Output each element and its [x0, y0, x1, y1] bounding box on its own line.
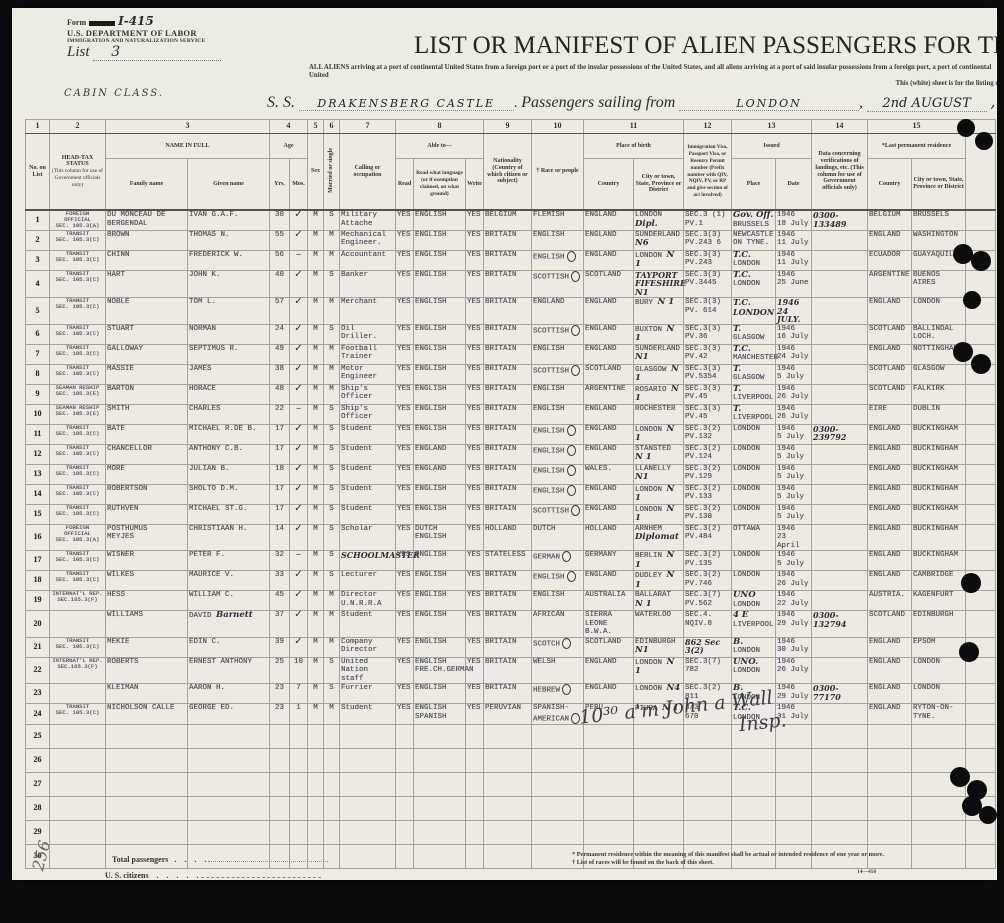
cell-write: YES — [466, 344, 484, 364]
sailing-label: Passengers sailing from — [521, 94, 675, 111]
header-issued: Issued — [732, 134, 812, 159]
column-number-row: 1 2 3 4 5 6 7 8 9 10 11 12 13 14 15 — [26, 120, 996, 134]
cell-margin — [966, 504, 996, 524]
manifest-sheet: FormI-415 U.S. DEPARTMENT OF LABOR IMMIG… — [12, 8, 997, 880]
table-row: 6TRANSITSEC. 105.3(C)STUARTNORMAN24✓MSOi… — [26, 324, 996, 344]
list-label: List — [67, 44, 90, 60]
punch-hole — [953, 342, 973, 362]
cell-age-mos: ✓ — [290, 424, 308, 444]
col-num-11: 11 — [584, 120, 684, 134]
table-row: 18TRANSITSEC. 105.3(C)WILKESMAURICE V.33… — [26, 571, 996, 591]
cell-birth-country: SCOTLAND — [584, 270, 634, 298]
cell-write: YES — [466, 591, 484, 611]
cell-birth-city: ROSARIO N 1 — [634, 384, 684, 404]
cell-issued-date — [776, 820, 812, 844]
cell-issued-date: 19465 July — [776, 364, 812, 384]
punch-hole — [979, 806, 997, 824]
cell-race: ENGLAND — [532, 298, 584, 325]
cell-sex: M — [308, 591, 324, 611]
cell-residence-city: GLASGOW — [912, 364, 966, 384]
cell-race: FLEMISH — [532, 210, 584, 230]
cell-verification — [812, 444, 868, 464]
cell-married-single — [324, 820, 340, 844]
cell-nationality — [484, 820, 532, 844]
table-row: 3TRANSITSEC. 105.3(C)CHINNFREDERICK W.56… — [26, 250, 996, 270]
cell-nationality: BRITAIN — [484, 684, 532, 704]
cell-birth-city — [634, 796, 684, 820]
cell-verification — [812, 571, 868, 591]
cell-read: YES — [396, 324, 414, 344]
cell-verification — [812, 796, 868, 820]
cell-row-number: 1 — [26, 210, 50, 230]
table-row: 8TRANSITSEC. 105.3(C)MASSIEJAMES38✓MMMot… — [26, 364, 996, 384]
cell-issued-place: LONDON — [732, 424, 776, 444]
cell-write: YES — [466, 210, 484, 230]
cell-issued-date: 194618 July — [776, 210, 812, 230]
cell-married-single — [324, 796, 340, 820]
cell-age-yrs: 33 — [270, 571, 290, 591]
cell-residence-city: BRUSSELS — [912, 210, 966, 230]
cell-row-number: 9 — [26, 384, 50, 404]
header-name-in-full: NAME IN FULL — [106, 134, 270, 159]
cell-write: YES — [466, 424, 484, 444]
cell-age-mos — [290, 772, 308, 796]
cell-language: ENGLISH — [414, 298, 466, 325]
cell-sex: M — [308, 250, 324, 270]
cell-row-number: 15 — [26, 504, 50, 524]
cell-family-name: BROWN — [106, 230, 188, 250]
cell-issued-date — [776, 796, 812, 820]
cell-issued-date: 194623 April — [776, 524, 812, 551]
cell-language — [414, 844, 466, 868]
cell-residence-country: ENGLAND — [868, 571, 912, 591]
cell-issued-place: T.C. LONDON — [732, 298, 776, 325]
cell-write: YES — [466, 504, 484, 524]
cell-age-mos: ✓ — [290, 637, 308, 657]
header-residence-city: City or town, State, Province or Distric… — [912, 159, 966, 211]
cell-birth-country: ENGLAND — [584, 444, 634, 464]
cell-verification — [812, 298, 868, 325]
cell-family-name: KLEIMAN — [106, 684, 188, 704]
sailing-date: 2nd AUGUST — [867, 96, 987, 112]
cell-verification — [812, 404, 868, 424]
cell-verification: 0300-77170 — [812, 684, 868, 704]
cell-birth-city: BALLARAT N 1 — [634, 591, 684, 611]
cell-nationality: HOLLAND — [484, 524, 532, 551]
cell-residence-country: BELGIUM — [868, 210, 912, 230]
cell-nationality: BRITAIN — [484, 384, 532, 404]
cell-residence-city: BUCKINGHAM — [912, 524, 966, 551]
cell-age-yrs: 23 — [270, 704, 290, 725]
cell-write: YES — [466, 684, 484, 704]
cell-age-mos: – — [290, 250, 308, 270]
cell-occupation: SCHOOLMASTER — [340, 551, 396, 571]
cell-headtax-status: TRANSITSEC. 105.3(C) — [50, 250, 106, 270]
header-sex: Sex — [308, 134, 324, 211]
cell-write: YES — [466, 464, 484, 484]
table-row: 17TRANSITSEC. 105.3(C)WISNERPETER F.32–M… — [26, 551, 996, 571]
cell-margin — [966, 611, 996, 638]
cell-sex — [308, 820, 324, 844]
cell-family-name: DU MONCEAU DEBERGENDAL — [106, 210, 188, 230]
table-row: 21TRANSITSEC. 105.3(C)MEKIEEDIN C.39✓MMC… — [26, 637, 996, 657]
cell-nationality — [484, 772, 532, 796]
cell-birth-country: SIERRALEONE B.W.A. — [584, 611, 634, 638]
cell-occupation: DirectorU.N.R.R.A — [340, 591, 396, 611]
cell-write — [466, 820, 484, 844]
cell-residence-country: SCOTLAND — [868, 364, 912, 384]
cell-issued-date: 194624 JULY. — [776, 298, 812, 325]
cell-margin — [966, 464, 996, 484]
header-mos: Mos. — [290, 159, 308, 211]
cell-given-name — [188, 796, 270, 820]
cell-given-name: IVAN G.A.F. — [188, 210, 270, 230]
cell-issued-date: 194626 July — [776, 404, 812, 424]
cell-residence-country: ENGLAND — [868, 657, 912, 684]
cell-visa-number: SEC.3(3)PV.5354 — [684, 364, 732, 384]
cell-language: ENGLAND — [414, 444, 466, 464]
cell-row-number: 20 — [26, 611, 50, 638]
total-passengers-label: Total passengers . . . . — [112, 855, 206, 864]
cell-headtax-status: SEAMAN RESHIPSEC. 105.3(E) — [50, 404, 106, 424]
cell-headtax-status — [50, 772, 106, 796]
cell-birth-country: ENGLAND — [584, 684, 634, 704]
cell-family-name — [106, 796, 188, 820]
cell-row-number: 10 — [26, 404, 50, 424]
cell-read: YES — [396, 524, 414, 551]
cell-age-mos: ✓ — [290, 444, 308, 464]
cell-headtax-status: TRANSITSEC. 105.3(C) — [50, 571, 106, 591]
cell-read: YES — [396, 657, 414, 684]
cell-family-name: WILLIAMS — [106, 611, 188, 638]
col-num-5: 5 — [308, 120, 324, 134]
cell-age-mos: – — [290, 551, 308, 571]
cell-visa-number: SEC.3 (1)PV.1 — [684, 210, 732, 230]
cell-birth-country — [584, 820, 634, 844]
cell-family-name: STUART — [106, 324, 188, 344]
punch-hole — [971, 251, 991, 271]
cell-row-number: 17 — [26, 551, 50, 571]
cell-nationality: BRITAIN — [484, 571, 532, 591]
cell-read: YES — [396, 464, 414, 484]
cell-family-name: WISNER — [106, 551, 188, 571]
cell-race: SCOTTISH — [532, 324, 584, 344]
cell-visa-number — [684, 748, 732, 772]
cell-age-yrs: 40 — [270, 270, 290, 298]
cell-occupation: Student — [340, 484, 396, 504]
cell-age-mos: ✓ — [290, 384, 308, 404]
cell-read: YES — [396, 424, 414, 444]
cell-age-mos — [290, 724, 308, 748]
cell-headtax-status: TRANSITSEC. 105.3(C) — [50, 424, 106, 444]
cell-occupation: Student — [340, 464, 396, 484]
table-row: 26 — [26, 748, 996, 772]
cell-verification — [812, 230, 868, 250]
cell-residence-country: ENGLAND — [868, 524, 912, 551]
header-birth-country: Country — [584, 159, 634, 211]
header-last-residence: *Last permanent residence — [868, 134, 966, 159]
cell-issued-date: 19465 July — [776, 484, 812, 504]
cell-issued-date: 194611 July — [776, 250, 812, 270]
cell-headtax-status: TRANSITSEC. 105.3(C) — [50, 504, 106, 524]
cell-residence-country — [868, 820, 912, 844]
cell-write: YES — [466, 611, 484, 638]
punch-hole — [957, 119, 975, 137]
cell-residence-city — [912, 724, 966, 748]
page-title: LIST OR MANIFEST OF ALIEN PASSENGERS FOR… — [414, 32, 997, 60]
cell-visa-number: SEC.3(2)PV.130 — [684, 504, 732, 524]
cell-residence-country: ENGLAND — [868, 684, 912, 704]
cell-sex: M — [308, 657, 324, 684]
cell-issued-date: 19465 July — [776, 464, 812, 484]
pencil-circle-mark — [571, 271, 580, 282]
cell-birth-country: ARGENTINE — [584, 384, 634, 404]
cell-occupation: Student — [340, 611, 396, 638]
header-group-row: No. on List HEAD-TAX STATUS(This column … — [26, 134, 996, 159]
cell-issued-place: T. GLASGOW — [732, 364, 776, 384]
headtax-title: HEAD-TAX STATUS — [51, 155, 104, 169]
form-number: I-415 — [118, 14, 154, 28]
cell-birth-city: LONDON N 1 — [634, 424, 684, 444]
cell-row-number: 19 — [26, 591, 50, 611]
cell-birth-country: HOLLAND — [584, 524, 634, 551]
agency-name: U.S. DEPARTMENT OF LABOR — [67, 28, 205, 38]
cell-given-name — [188, 724, 270, 748]
cell-residence-city: BUCKINGHAM — [912, 551, 966, 571]
cell-occupation: UnitedNation staff — [340, 657, 396, 684]
us-citizens-label: U. S. citizens . . . . . — [105, 871, 199, 880]
cell-headtax-status: FOREIGN OFFICIALSEC. 105.3(A) — [50, 210, 106, 230]
cell-race: ENGLISH — [532, 464, 584, 484]
pencil-circle-mark — [571, 365, 580, 376]
cell-occupation — [340, 724, 396, 748]
cell-verification — [812, 772, 868, 796]
cell-given-name: MICHAEL ST.G. — [188, 504, 270, 524]
cell-issued-date: 194616 July — [776, 324, 812, 344]
cell-language: ENGLISH — [414, 364, 466, 384]
cell-given-name: GEORGE ED. — [188, 704, 270, 725]
cell-age-yrs — [270, 772, 290, 796]
cell-issued-place: T.C. LONDON — [732, 270, 776, 298]
cell-birth-city: TAYPORTFIFESHIRE N1 — [634, 270, 684, 298]
cell-write: YES — [466, 384, 484, 404]
cell-birth-city: BERLIN N 1 — [634, 551, 684, 571]
cell-family-name: POSTHUMUSMEYJES — [106, 524, 188, 551]
cell-occupation: Ship'sOfficer — [340, 404, 396, 424]
cell-visa-number: SEC.3(3)PV.45 — [684, 404, 732, 424]
punch-hole — [963, 291, 981, 309]
cell-row-number: 13 — [26, 464, 50, 484]
cell-language: ENGLISH — [414, 611, 466, 638]
cell-age-mos — [290, 796, 308, 820]
cell-occupation: Student — [340, 444, 396, 464]
header-read: Read — [396, 159, 414, 211]
subtitle-line2: This (white) sheet is for the listing of — [309, 80, 997, 88]
cell-sex: M — [308, 611, 324, 638]
cell-language: ENGLISHSPANISH — [414, 704, 466, 725]
cell-margin — [966, 684, 996, 704]
list-number: 3 — [93, 44, 221, 61]
cell-issued-place: LONDON — [732, 571, 776, 591]
cell-row-number: 8 — [26, 364, 50, 384]
cell-age-mos: ✓ — [290, 324, 308, 344]
cell-race: SCOTTISH — [532, 364, 584, 384]
cell-race: ENGLISH — [532, 444, 584, 464]
cell-birth-country: AUSTRALIA — [584, 591, 634, 611]
table-row: 28 — [26, 796, 996, 820]
cell-given-name: MAURICE V. — [188, 571, 270, 591]
cell-row-number: 2 — [26, 230, 50, 250]
cell-family-name: HESS — [106, 591, 188, 611]
cell-read: YES — [396, 704, 414, 725]
cell-issued-place: 4 E LIVERPOOL — [732, 611, 776, 638]
cell-married-single: S — [324, 684, 340, 704]
cell-read — [396, 748, 414, 772]
footnote-residence: * Permanent residence within the meaning… — [572, 851, 932, 859]
cell-sex: M — [308, 571, 324, 591]
cell-birth-country: ENGLAND — [584, 657, 634, 684]
cell-visa-number: SEC.3(2)PV.746 — [684, 571, 732, 591]
cell-age-mos: ✓ — [290, 298, 308, 325]
cell-read: YES — [396, 210, 414, 230]
cell-married-single: S — [324, 444, 340, 464]
cell-married-single: S — [324, 270, 340, 298]
cell-issued-date: 194629 July — [776, 611, 812, 638]
cell-race — [532, 820, 584, 844]
cell-issued-date: 19465 July — [776, 551, 812, 571]
cell-read: YES — [396, 230, 414, 250]
cell-sex: M — [308, 484, 324, 504]
cell-verification: 0300-239792 — [812, 424, 868, 444]
cell-family-name — [106, 724, 188, 748]
cell-age-mos: ✓ — [290, 611, 308, 638]
cell-issued-place: UNO. LONDON — [732, 657, 776, 684]
table-row: 22INTERNAT'L REP.SEC.105.3(F)ROBERTSERNE… — [26, 657, 996, 684]
punch-hole — [975, 132, 993, 150]
cell-residence-country: AUSTRIA. — [868, 591, 912, 611]
table-row: 24TRANSITSEC. 105.3(C)NICHOLSON CALLEGEO… — [26, 704, 996, 725]
cell-married-single: S — [324, 424, 340, 444]
cell-sex: M — [308, 444, 324, 464]
cell-nationality — [484, 724, 532, 748]
cell-issued-place — [732, 820, 776, 844]
cell-row-number: 25 — [26, 724, 50, 748]
cell-birth-country: ENGLAND — [584, 324, 634, 344]
cell-sex: M — [308, 684, 324, 704]
cell-visa-number: SEC.3(3)PV.3445 — [684, 270, 732, 298]
punch-hole — [959, 642, 979, 662]
cell-given-name: NORMAN — [188, 324, 270, 344]
cell-language — [414, 748, 466, 772]
cell-margin — [966, 704, 996, 725]
cell-age-yrs — [270, 748, 290, 772]
cell-family-name: CHINN — [106, 250, 188, 270]
cell-residence-city: EDINBURGH — [912, 611, 966, 638]
col-num-3: 3 — [106, 120, 270, 134]
cell-visa-number: SEC.3(7)PV.562 — [684, 591, 732, 611]
header-married-label: Married or single — [328, 148, 335, 193]
header-race: † Race or people — [532, 134, 584, 211]
cell-issued-date: 194626 July — [776, 571, 812, 591]
cell-headtax-status — [50, 820, 106, 844]
cell-occupation: FootballTrainer — [340, 344, 396, 364]
cell-read: YES — [396, 344, 414, 364]
cell-birth-country: ENGLAND — [584, 298, 634, 325]
cell-residence-country: EIRE — [868, 404, 912, 424]
cell-age-mos: ✓ — [290, 230, 308, 250]
cell-visa-number: SEC.3(3)PV. 614 — [684, 298, 732, 325]
cell-issued-date: 194624 July — [776, 344, 812, 364]
cell-row-number: 28 — [26, 796, 50, 820]
cell-read — [396, 772, 414, 796]
pencil-circle-mark — [567, 425, 576, 436]
cell-residence-city: CAMBRIDGE — [912, 571, 966, 591]
punch-hole — [971, 354, 991, 374]
cell-nationality: BRITAIN — [484, 270, 532, 298]
cell-read: YES — [396, 591, 414, 611]
cell-birth-country — [584, 772, 634, 796]
pencil-circle-mark — [567, 445, 576, 456]
cell-residence-country: ENGLAND — [868, 484, 912, 504]
ss-label: S. S. — [267, 94, 295, 111]
cell-married-single: M — [324, 298, 340, 325]
cell-verification — [812, 324, 868, 344]
cell-occupation: Banker — [340, 270, 396, 298]
cell-age-yrs: 39 — [270, 637, 290, 657]
header-no-on-list: No. on List — [26, 134, 50, 211]
cell-sex: M — [308, 364, 324, 384]
cell-birth-city: LONDON N 1 — [634, 250, 684, 270]
cell-family-name: GALLOWAY — [106, 344, 188, 364]
cell-residence-city: BUCKINGHAM — [912, 424, 966, 444]
cell-language: ENGLISH — [414, 551, 466, 571]
cell-given-name: PETER F. — [188, 551, 270, 571]
cell-row-number: 6 — [26, 324, 50, 344]
cell-language: ENGLISH — [414, 344, 466, 364]
pencil-circle-mark — [562, 638, 571, 649]
header-place-of-birth: Place of birth — [584, 134, 684, 159]
cell-residence-city: LONDON — [912, 684, 966, 704]
header-residence-country: Country — [868, 159, 912, 211]
cell-family-name: MASSIE — [106, 364, 188, 384]
cell-write: YES — [466, 404, 484, 424]
cell-headtax-status: INTERNAT'L REP.SEC.105.3(F) — [50, 657, 106, 684]
cell-residence-city: BALLINDALLOCH. — [912, 324, 966, 344]
cell-age-mos: ✓ — [290, 210, 308, 230]
cell-married-single: S — [324, 657, 340, 684]
cell-birth-country: ENGLAND — [584, 250, 634, 270]
cell-occupation — [340, 796, 396, 820]
cell-margin — [966, 551, 996, 571]
cell-age-yrs: 30 — [270, 210, 290, 230]
cell-nationality: BRITAIN — [484, 344, 532, 364]
header-calling: Calling or occupation — [340, 134, 396, 211]
cell-issued-date — [776, 748, 812, 772]
cell-occupation: OilDriller. — [340, 324, 396, 344]
cell-visa-number: SEC.3(2)PV.133 — [684, 484, 732, 504]
cell-issued-place: LONDON — [732, 551, 776, 571]
table-row: 7TRANSITSEC. 105.3(C)GALLOWAYSEPTIMUS R.… — [26, 344, 996, 364]
cell-issued-date: 19465 July — [776, 424, 812, 444]
cell-sex — [308, 796, 324, 820]
cell-sex — [308, 748, 324, 772]
ship-line: S. S. DRAKENSBERG CASTLE. Passengers sai… — [267, 92, 987, 112]
scanned-manifest-page: { "header": { "form_label": "Form", "for… — [0, 0, 1004, 923]
table-row: 14TRANSITSEC. 105.3(C)ROBERTSONSHOLTO D.… — [26, 484, 996, 504]
pencil-circle-mark — [567, 465, 576, 476]
cell-birth-city — [634, 820, 684, 844]
form-number-strikeout — [89, 21, 115, 26]
